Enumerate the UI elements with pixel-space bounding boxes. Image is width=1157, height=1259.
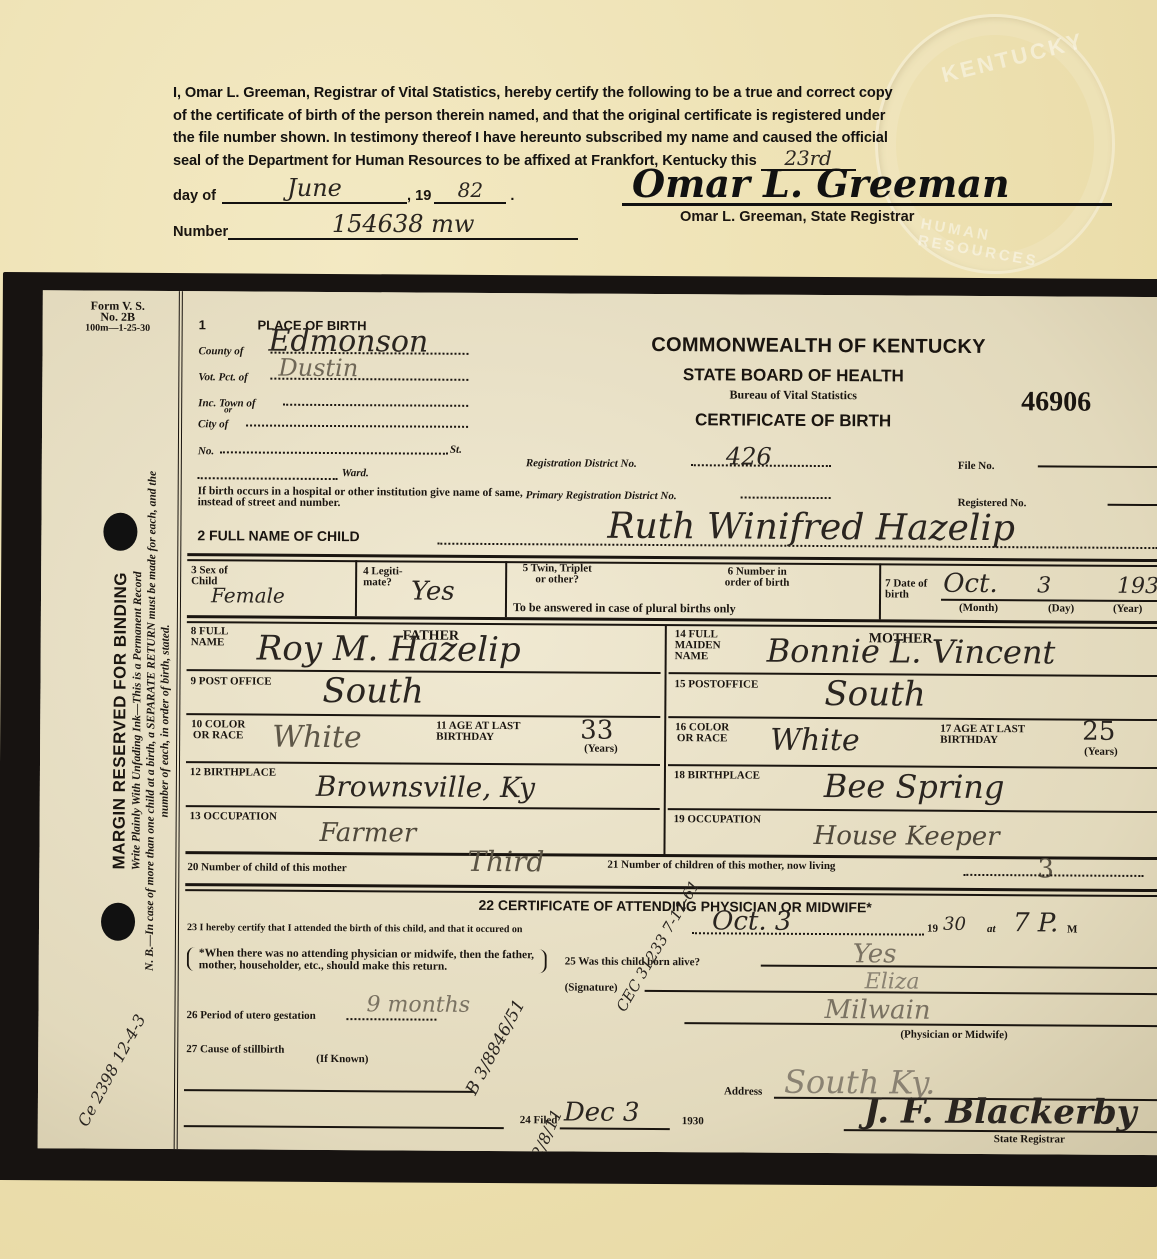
no-physician-note: *When there was no attending physician o… [187, 947, 547, 973]
father-birthplace-field: 12 BIRTHPLACE Brownsville, Ky [190, 767, 660, 806]
hospital-note: If birth occurs in a hospital or other i… [198, 486, 558, 510]
certificate-number: 46906 [1021, 386, 1091, 418]
city-field: City of [198, 414, 498, 434]
mother-name-field: 14 FULL MAIDEN NAME Bonnie L. Vincent [675, 629, 1155, 674]
vot-pct-field: Vot. Pct. of Dustin [198, 367, 498, 387]
father-name-field: 8 FULL NAME Roy M. Hazelip [191, 626, 661, 671]
bureau-title: Bureau of Vital Statistics [568, 386, 1018, 404]
cert-line-1: I, Omar L. Greeman, Registrar of Vital S… [173, 82, 1083, 105]
number-field: 154638 mw [228, 210, 578, 240]
ward-field: Ward. [198, 467, 498, 469]
primary-district-field: Primary Registration District No. [526, 485, 846, 505]
month-field: June [222, 174, 407, 204]
street-field: No. St. [198, 441, 498, 461]
certification-paragraph: I, Omar L. Greeman, Registrar of Vital S… [173, 82, 1083, 172]
father-race-age-field: 10 COLOR OR RACE White 11 AGE AT LAST BI… [190, 719, 660, 766]
plural-births-note: To be answered in case of plural births … [513, 602, 736, 614]
board-of-health-title: STATE BOARD OF HEALTH [568, 364, 1018, 387]
date-of-birth-field: 7 Date of birth Oct. 3 1930 (Month) (Day… [885, 578, 1157, 602]
mother-race-age-field: 16 COLOR OR RACE White 17 AGE AT LAST BI… [674, 722, 1154, 769]
father-occupation-field: 13 OCCUPATION Farmer [189, 811, 659, 850]
birth-certificate-form: Form V. S. No. 2B 100m—1-25-30 MARGIN RE… [38, 290, 1157, 1155]
stillbirth-field: 27 Cause of stillbirth (If Known) [186, 1039, 486, 1081]
year-field: 82 [434, 178, 506, 204]
order-of-birth-label: 6 Number in order of birth [717, 566, 797, 588]
legitimate-field: 4 Legiti-mate? Yes [363, 566, 503, 615]
registration-district-field: Registration District No. 426 [526, 453, 846, 473]
file-no-field: File No. [958, 456, 1157, 476]
day-of-label: day of [173, 188, 216, 204]
photostat-certificate: Form V. S. No. 2B 100m—1-25-30 MARGIN RE… [0, 272, 1157, 1187]
year-prefix: , 19 [407, 188, 431, 204]
registrar-signature: Omar L. Greeman [622, 165, 1112, 206]
seal-text-top: KENTUCKY [939, 28, 1087, 89]
mother-post-office-field: 15 POSTOFFICE South [674, 679, 1154, 720]
father-post-office-field: 9 POST OFFICE South [190, 676, 660, 717]
certificate-title: CERTIFICATE OF BIRTH [568, 409, 1018, 432]
state-registrar-signature: Omar L. Greeman Omar L. Greeman, State R… [622, 165, 1112, 225]
mother-occupation-field: 19 OCCUPATION House Keeper [673, 814, 1153, 853]
mother-birthplace-field: 18 BIRTHPLACE Bee Spring [674, 770, 1154, 809]
commonwealth-title: COMMONWEALTH OF KENTUCKY [568, 333, 1068, 359]
binding-margin: Form V. S. No. 2B 100m—1-25-30 MARGIN RE… [38, 290, 183, 1149]
form-number: Form V. S. No. 2B 100m—1-25-30 [63, 300, 173, 334]
local-registrar-signature: J. F. Blackerby State Registrar [844, 1095, 1157, 1155]
certificate-body: 1 PLACE OF BIRTH County of Edmonson Vot.… [184, 291, 1157, 1155]
number-label: Number [173, 224, 228, 240]
twin-label: 5 Twin, Triplet or other? [517, 563, 597, 585]
inc-town-field: Inc. Town of [198, 393, 498, 413]
registrar-caption: Omar L. Greeman, State Registrar [622, 209, 1112, 225]
cert-line-3: the file number shown. In testimony ther… [173, 127, 1083, 150]
certificate-header: COMMONWEALTH OF KENTUCKY STATE BOARD OF … [568, 333, 1069, 432]
cert-line-2: of the certificate of birth of the perso… [173, 105, 1083, 128]
filed-date-field: 24 Filed Dec 3 1930 [520, 1101, 820, 1135]
binding-instructions: MARGIN RESERVED FOR BINDING Write Plainl… [108, 381, 174, 1061]
sex-field: 3 Sex of Child Female [191, 565, 351, 614]
child-full-name-field: 2 FULL NAME OF CHILD Ruth Winifred Hazel… [197, 527, 1157, 551]
physician-signature-field: Milwain (Physician or Midwife) [684, 994, 1157, 1041]
